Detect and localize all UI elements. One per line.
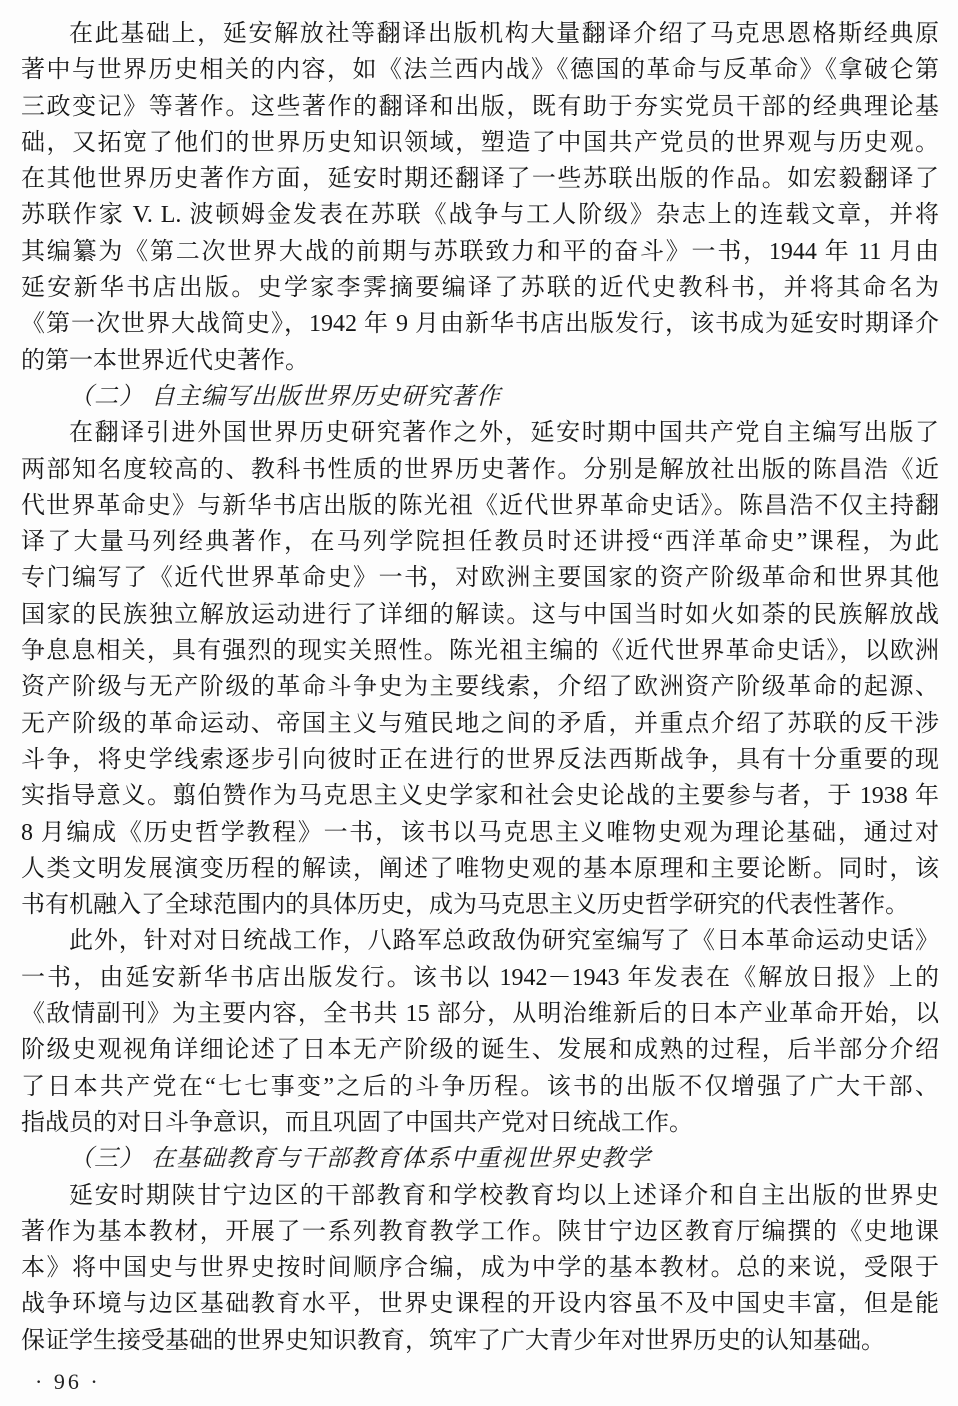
text-line: 书有机融入了全球范围内的具体历史，成为马克思主义历史哲学研究的代表性著作。 <box>21 887 939 923</box>
text-line: 无产阶级的革命运动、帝国主义与殖民地之间的矛盾，并重点介绍了苏联的反干涉 <box>21 706 939 742</box>
text-line: 其编纂为《第二次世界大战的前期与苏联致力和平的奋斗》一书，1944 年 11 月… <box>21 234 939 270</box>
text-line: 此外，针对对日统战工作，八路军总政敌伪研究室编写了《日本革命运动史话》 <box>21 923 939 959</box>
text-line: 三政变记》等著作。这些著作的翻译和出版，既有助于夯实党员干部的经典理论基 <box>21 89 939 125</box>
text-line: 苏联作家 V. L. 波顿姆金发表在苏联《战争与工人阶级》杂志上的连载文章，并将 <box>21 197 939 233</box>
text-line: 《第一次世界大战简史》，1942 年 9 月由新华书店出版发行，该书成为延安时期… <box>21 306 939 342</box>
text-line: 本》将中国史与世界史按时间顺序合编，成为中学的基本教材。总的来说，受限于 <box>21 1250 939 1286</box>
section-heading: （三） 在基础教育与干部教育体系中重视世界史教学 <box>21 1141 939 1177</box>
text-line: 础，又拓宽了他们的世界历史知识领域，塑造了中国共产党员的世界观与历史观。 <box>21 125 939 161</box>
section-heading: （二） 自主编写出版世界历史研究著作 <box>21 379 939 415</box>
text-line: 延安新华书店出版。史学家李霁摘要编译了苏联的近代史教科书，并将其命名为 <box>21 270 939 306</box>
page-text: 在此基础上，延安解放社等翻译出版机构大量翻译介绍了马克思恩格斯经典原著中与世界历… <box>21 16 939 1359</box>
text-line: 专门编写了《近代世界革命史》一书，对欧洲主要国家的资产阶级革命和世界其他 <box>21 560 939 596</box>
text-line: 在其他世界历史著作方面，延安时期还翻译了一些苏联出版的作品。如宏毅翻译了 <box>21 161 939 197</box>
text-line: 一书，由延安新华书店出版发行。该书以 1942－1943 年发表在《解放日报》上… <box>21 960 939 996</box>
text-line: 两部知名度较高的、教科书性质的世界历史著作。分别是解放社出版的陈昌浩《近 <box>21 452 939 488</box>
text-line: 人类文明发展演变历程的解读，阐述了唯物史观的基本原理和主要论断。同时，该 <box>21 851 939 887</box>
text-line: 著中与世界历史相关的内容，如《法兰西内战》《德国的革命与反革命》《拿破仑第 <box>21 52 939 88</box>
text-line: 《敌情副刊》为主要内容，全书共 15 部分，从明治维新后的日本产业革命开始，以 <box>21 996 939 1032</box>
text-line: 在此基础上，延安解放社等翻译出版机构大量翻译介绍了马克思恩格斯经典原 <box>21 16 939 52</box>
text-line: 实指导意义。翦伯赞作为马克思主义史学家和社会史论战的主要参与者，于 1938 年 <box>21 778 939 814</box>
text-line: 译了大量马列经典著作，在马列学院担任教员时还讲授“西洋革命史”课程，为此 <box>21 524 939 560</box>
text-line: 阶级史观视角详细论述了日本无产阶级的诞生、发展和成熟的过程，后半部分介绍 <box>21 1032 939 1068</box>
text-line: 了日本共产党在“七七事变”之后的斗争历程。该书的出版不仅增强了广大干部、 <box>21 1069 939 1105</box>
text-line: 争息息相关，具有强烈的现实关照性。陈光祖主编的《近代世界革命史话》，以欧洲 <box>21 633 939 669</box>
text-line: 8 月编成《历史哲学教程》一书，该书以马克思主义唯物史观为理论基础，通过对 <box>21 815 939 851</box>
text-line: 延安时期陕甘宁边区的干部教育和学校教育均以上述译介和自主出版的世界史 <box>21 1178 939 1214</box>
text-line: 指战员的对日斗争意识，而且巩固了中国共产党对日统战工作。 <box>21 1105 939 1141</box>
text-line: 资产阶级与无产阶级的革命斗争史为主要线索，介绍了欧洲资产阶级革命的起源、 <box>21 669 939 705</box>
text-line: 代世界革命史》与新华书店出版的陈光祖《近代世界革命史话》。陈昌浩不仅主持翻 <box>21 488 939 524</box>
text-line: 的第一本世界近代史著作。 <box>21 343 939 379</box>
document-page: 在此基础上，延安解放社等翻译出版机构大量翻译介绍了马克思恩格斯经典原著中与世界历… <box>0 0 958 1406</box>
text-line: 战争环境与边区基础教育水平，世界史课程的开设内容虽不及中国史丰富，但是能 <box>21 1286 939 1322</box>
text-line: 著作为基本教材，开展了一系列教育教学工作。陕甘宁边区教育厅编撰的《史地课 <box>21 1214 939 1250</box>
text-line: 在翻译引进外国世界历史研究著作之外，延安时期中国共产党自主编写出版了 <box>21 415 939 451</box>
text-line: 保证学生接受基础的世界史知识教育，筑牢了广大青少年对世界历史的认知基础。 <box>21 1323 939 1359</box>
text-line: 斗争，将史学线索逐步引向彼时正在进行的世界反法西斯战争，具有十分重要的现 <box>21 742 939 778</box>
page-number: · 96 · <box>21 1369 939 1395</box>
text-line: 国家的民族独立解放运动进行了详细的解读。这与中国当时如火如荼的民族解放战 <box>21 597 939 633</box>
